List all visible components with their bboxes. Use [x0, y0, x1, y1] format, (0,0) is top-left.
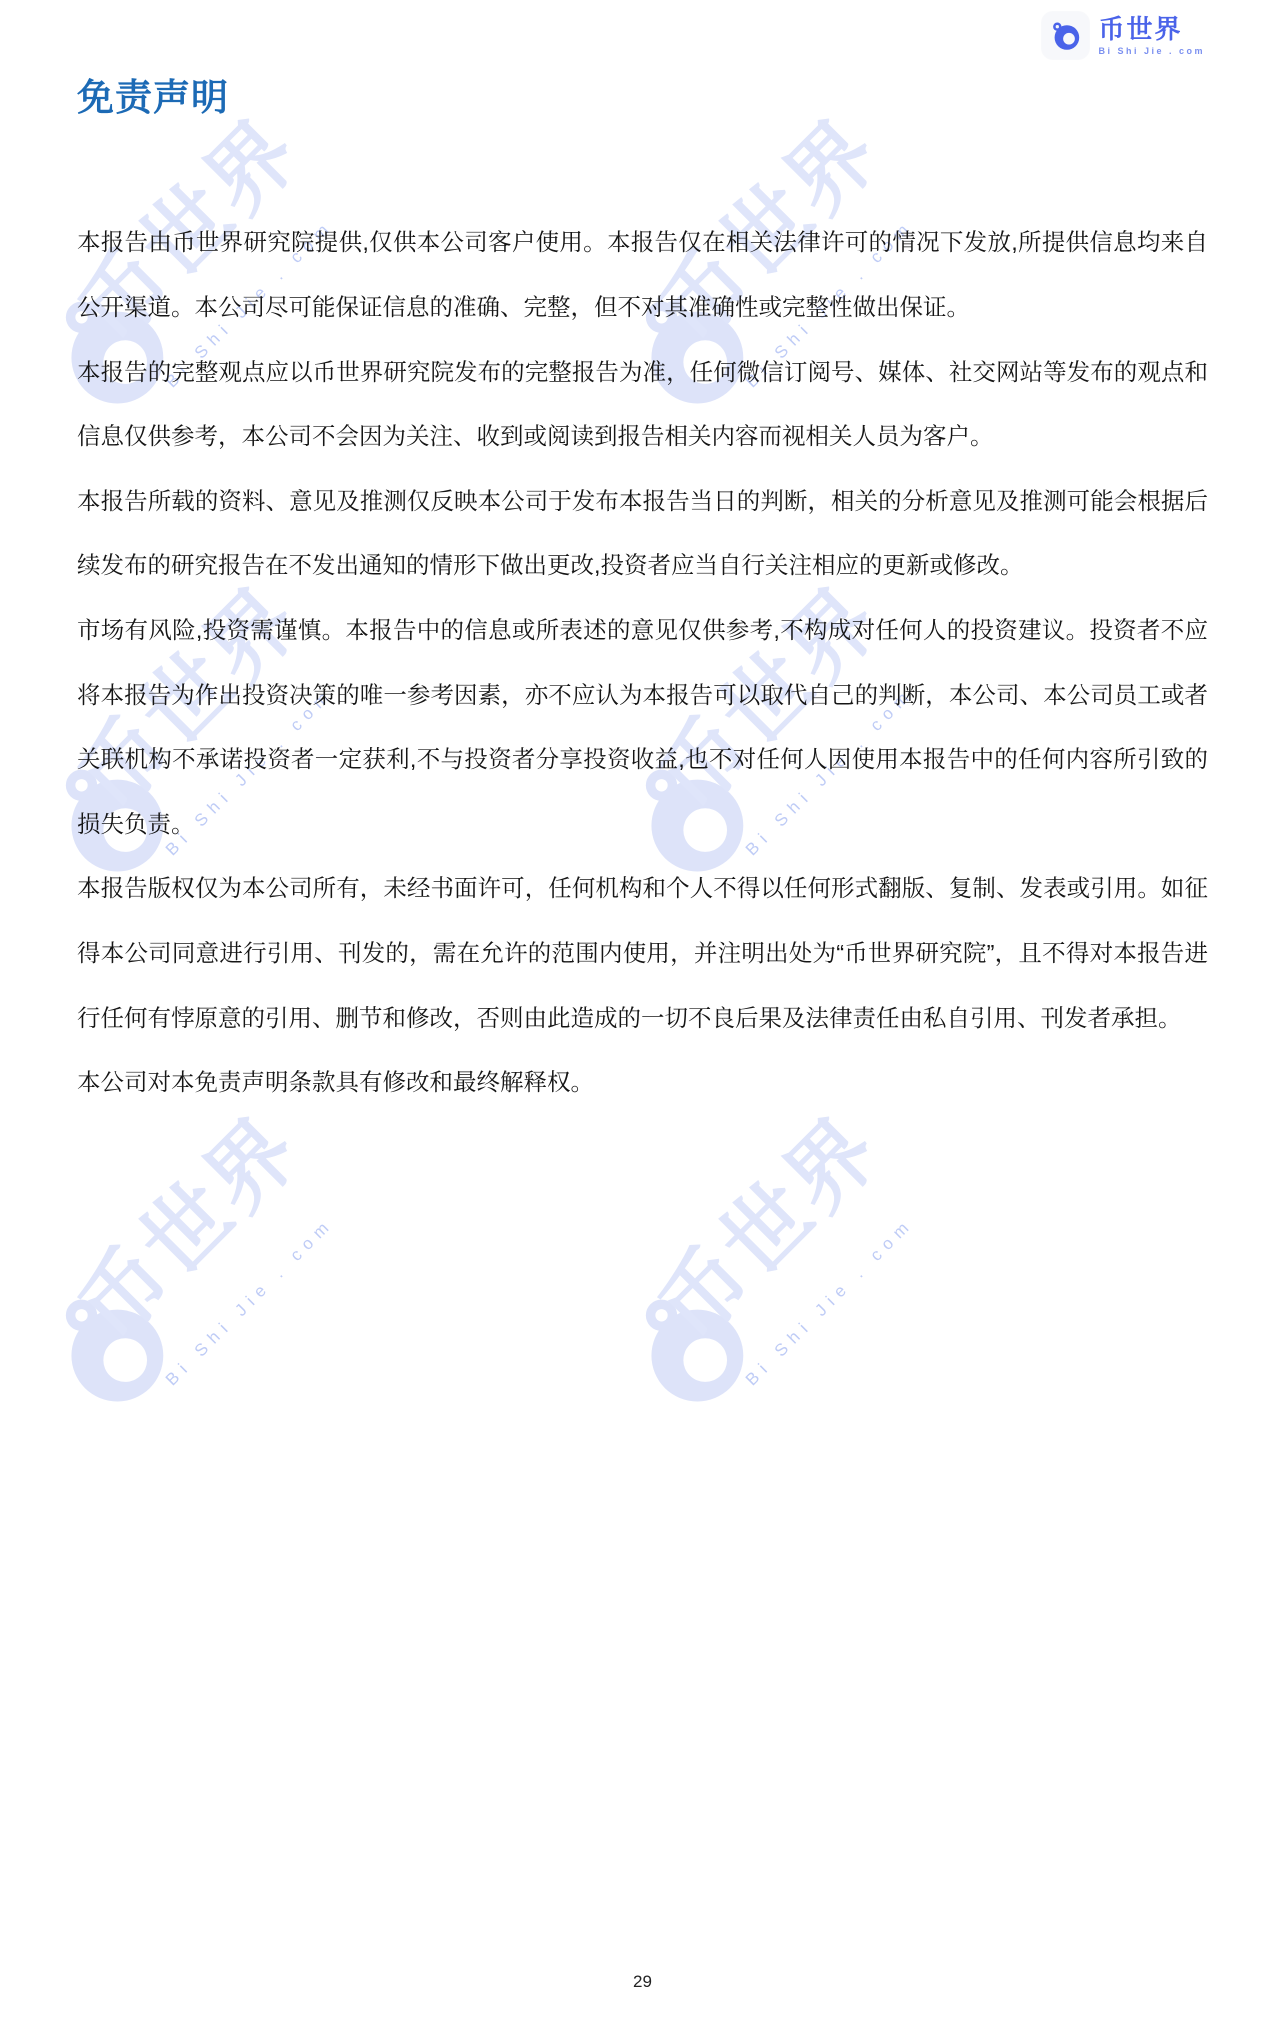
page-title: 免责声明 — [77, 76, 1285, 120]
disclaimer-paragraph: 本报告所载的资料、意见及推测仅反映本公司于发布本报告当日的判断，相关的分析意见及… — [77, 469, 1208, 598]
disclaimer-paragraph: 本报告版权仅为本公司所有，未经书面许可，任何机构和个人不得以任何形式翻版、复制、… — [77, 856, 1208, 1050]
brand-name-en: Bi Shi Jie . com — [1098, 46, 1205, 56]
watermark-text-cn: 币世界 — [63, 1102, 315, 1354]
watermark: 币世界 Bi Shi Jie . com — [58, 1086, 378, 1406]
disclaimer-paragraph: 本公司对本免责声明条款具有修改和最终解释权。 — [77, 1050, 1208, 1115]
brand-name-cn: 币世界 — [1098, 15, 1205, 44]
disclaimer-paragraph: 本报告由币世界研究院提供,仅供本公司客户使用。本报告仅在相关法律许可的情况下发放… — [77, 210, 1208, 339]
watermark-text-cn: 币世界 — [643, 1102, 895, 1354]
document-page: 币世界 Bi Shi Jie . com 币世界 Bi Shi Jie . co… — [0, 0, 1285, 2037]
watermark-text-en: Bi Shi Jie . com — [742, 1214, 918, 1390]
bishijie-pin-icon — [638, 1294, 750, 1406]
watermark: 币世界 Bi Shi Jie . com — [638, 1086, 958, 1406]
disclaimer-paragraph: 市场有风险,投资需谨慎。本报告中的信息或所表述的意见仅供参考,不构成对任何人的投… — [77, 598, 1208, 856]
brand-logo-icon — [1042, 12, 1089, 59]
bishijie-pin-icon — [58, 1294, 170, 1406]
brand-text: 币世界 Bi Shi Jie . com — [1098, 15, 1205, 57]
page-number: 29 — [0, 1972, 1285, 1992]
disclaimer-paragraph: 本报告的完整观点应以币世界研究院发布的完整报告为准，任何微信订阅号、媒体、社交网… — [77, 340, 1208, 469]
brand-logo: 币世界 Bi Shi Jie . com — [1042, 12, 1205, 59]
watermark-text-en: Bi Shi Jie . com — [162, 1214, 338, 1390]
disclaimer-body: 本报告由币世界研究院提供,仅供本公司客户使用。本报告仅在相关法律许可的情况下发放… — [77, 210, 1208, 1114]
document-content: 免责声明 本报告由币世界研究院提供,仅供本公司客户使用。本报告仅在相关法律许可的… — [0, 76, 1285, 1115]
bishijie-pin-icon — [1051, 21, 1081, 51]
